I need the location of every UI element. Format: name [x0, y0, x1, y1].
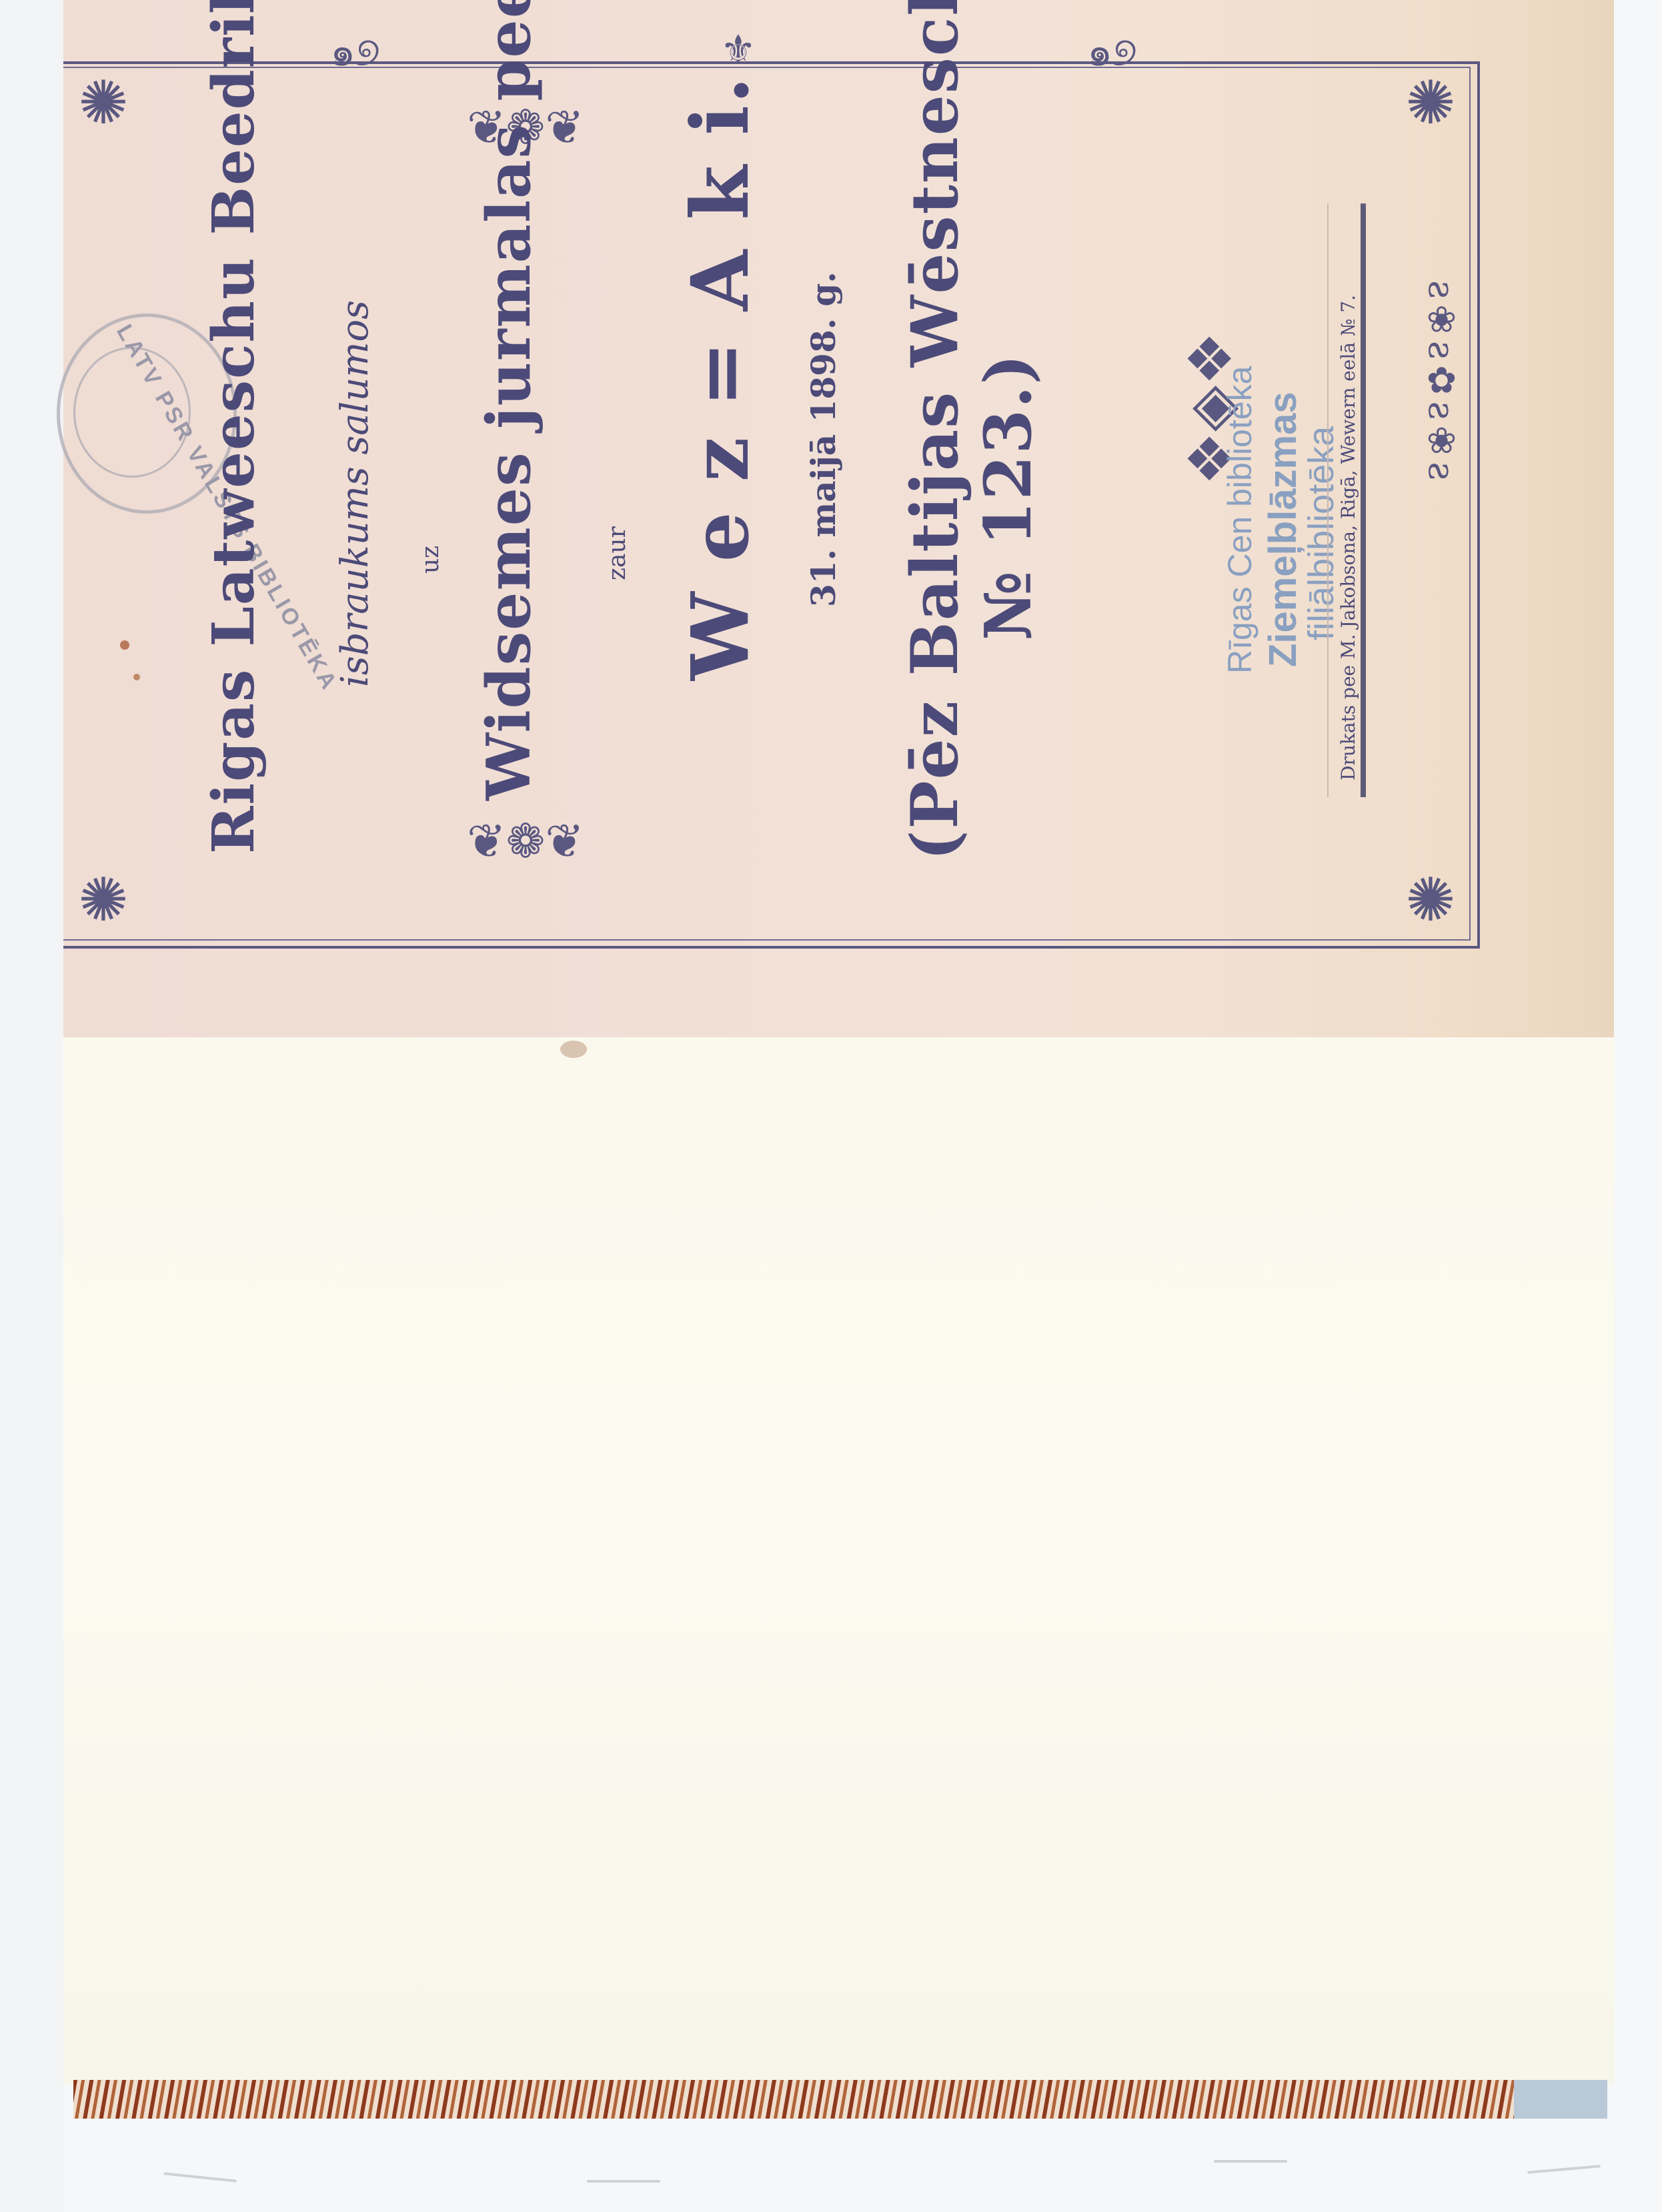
scroll-ornament-icon: ๑୭	[1087, 20, 1137, 83]
imprint-rule-thin	[1327, 203, 1329, 797]
fleuron-icon: ⚜	[720, 27, 756, 73]
society-title: Rigas Latweeschu Beedribas	[200, 0, 267, 854]
library-stamp-line3: filiālbibliotēka	[1301, 426, 1342, 640]
author-name: W e z = A k i.	[674, 75, 766, 680]
staple-mark	[163, 2172, 237, 2182]
tailpiece-ornament-icon: ❦❁❦	[467, 814, 584, 869]
preposition: uz	[417, 546, 444, 574]
printer-imprint: Drukats pee M. Jakobsona, Rigā, Wewern e…	[1337, 295, 1359, 780]
marbled-binding-strip	[73, 2080, 1607, 2119]
staple-mark	[1214, 2160, 1287, 2163]
library-stamp-line1: Rīgas Cen bibliotēka	[1220, 366, 1259, 674]
issue-number: № 123.)	[970, 353, 1046, 640]
foxing-spot	[133, 674, 140, 680]
scroll-ornament-icon: ๑୭	[330, 20, 380, 83]
library-stamp-line2: Ziemeļblāzmas	[1261, 392, 1305, 667]
reprint-source: (Pēz Baltijas Wēstneschu	[897, 0, 972, 861]
main-title: Widsemes jurmalas peekrasti	[474, 0, 544, 800]
corner-ornament-icon: ✺	[63, 63, 143, 143]
foxing-spot	[120, 640, 129, 650]
staple-mark	[587, 2180, 660, 2183]
binding-tape-end	[1514, 2080, 1607, 2119]
subtitle: isbraukums salumos	[333, 300, 377, 687]
endpaper	[63, 1037, 1614, 2085]
scan-margin	[0, 0, 63, 2212]
corner-ornament-icon: ✺	[1391, 63, 1471, 143]
decorative-frame-inner	[63, 67, 1471, 941]
publication-date: 31. maijā 1898. g.	[804, 271, 843, 607]
tear-mark	[560, 1041, 587, 1058]
imprint-rule	[1361, 203, 1366, 797]
border-vine-ornament-icon: ƨ❀ƨ✿ƨ❀ƨ	[1421, 280, 1463, 480]
corner-ornament-icon: ✺	[1391, 861, 1471, 941]
staple-mark	[1527, 2165, 1601, 2174]
corner-ornament-icon: ✺	[63, 861, 143, 941]
by-word: zaur	[604, 526, 631, 580]
